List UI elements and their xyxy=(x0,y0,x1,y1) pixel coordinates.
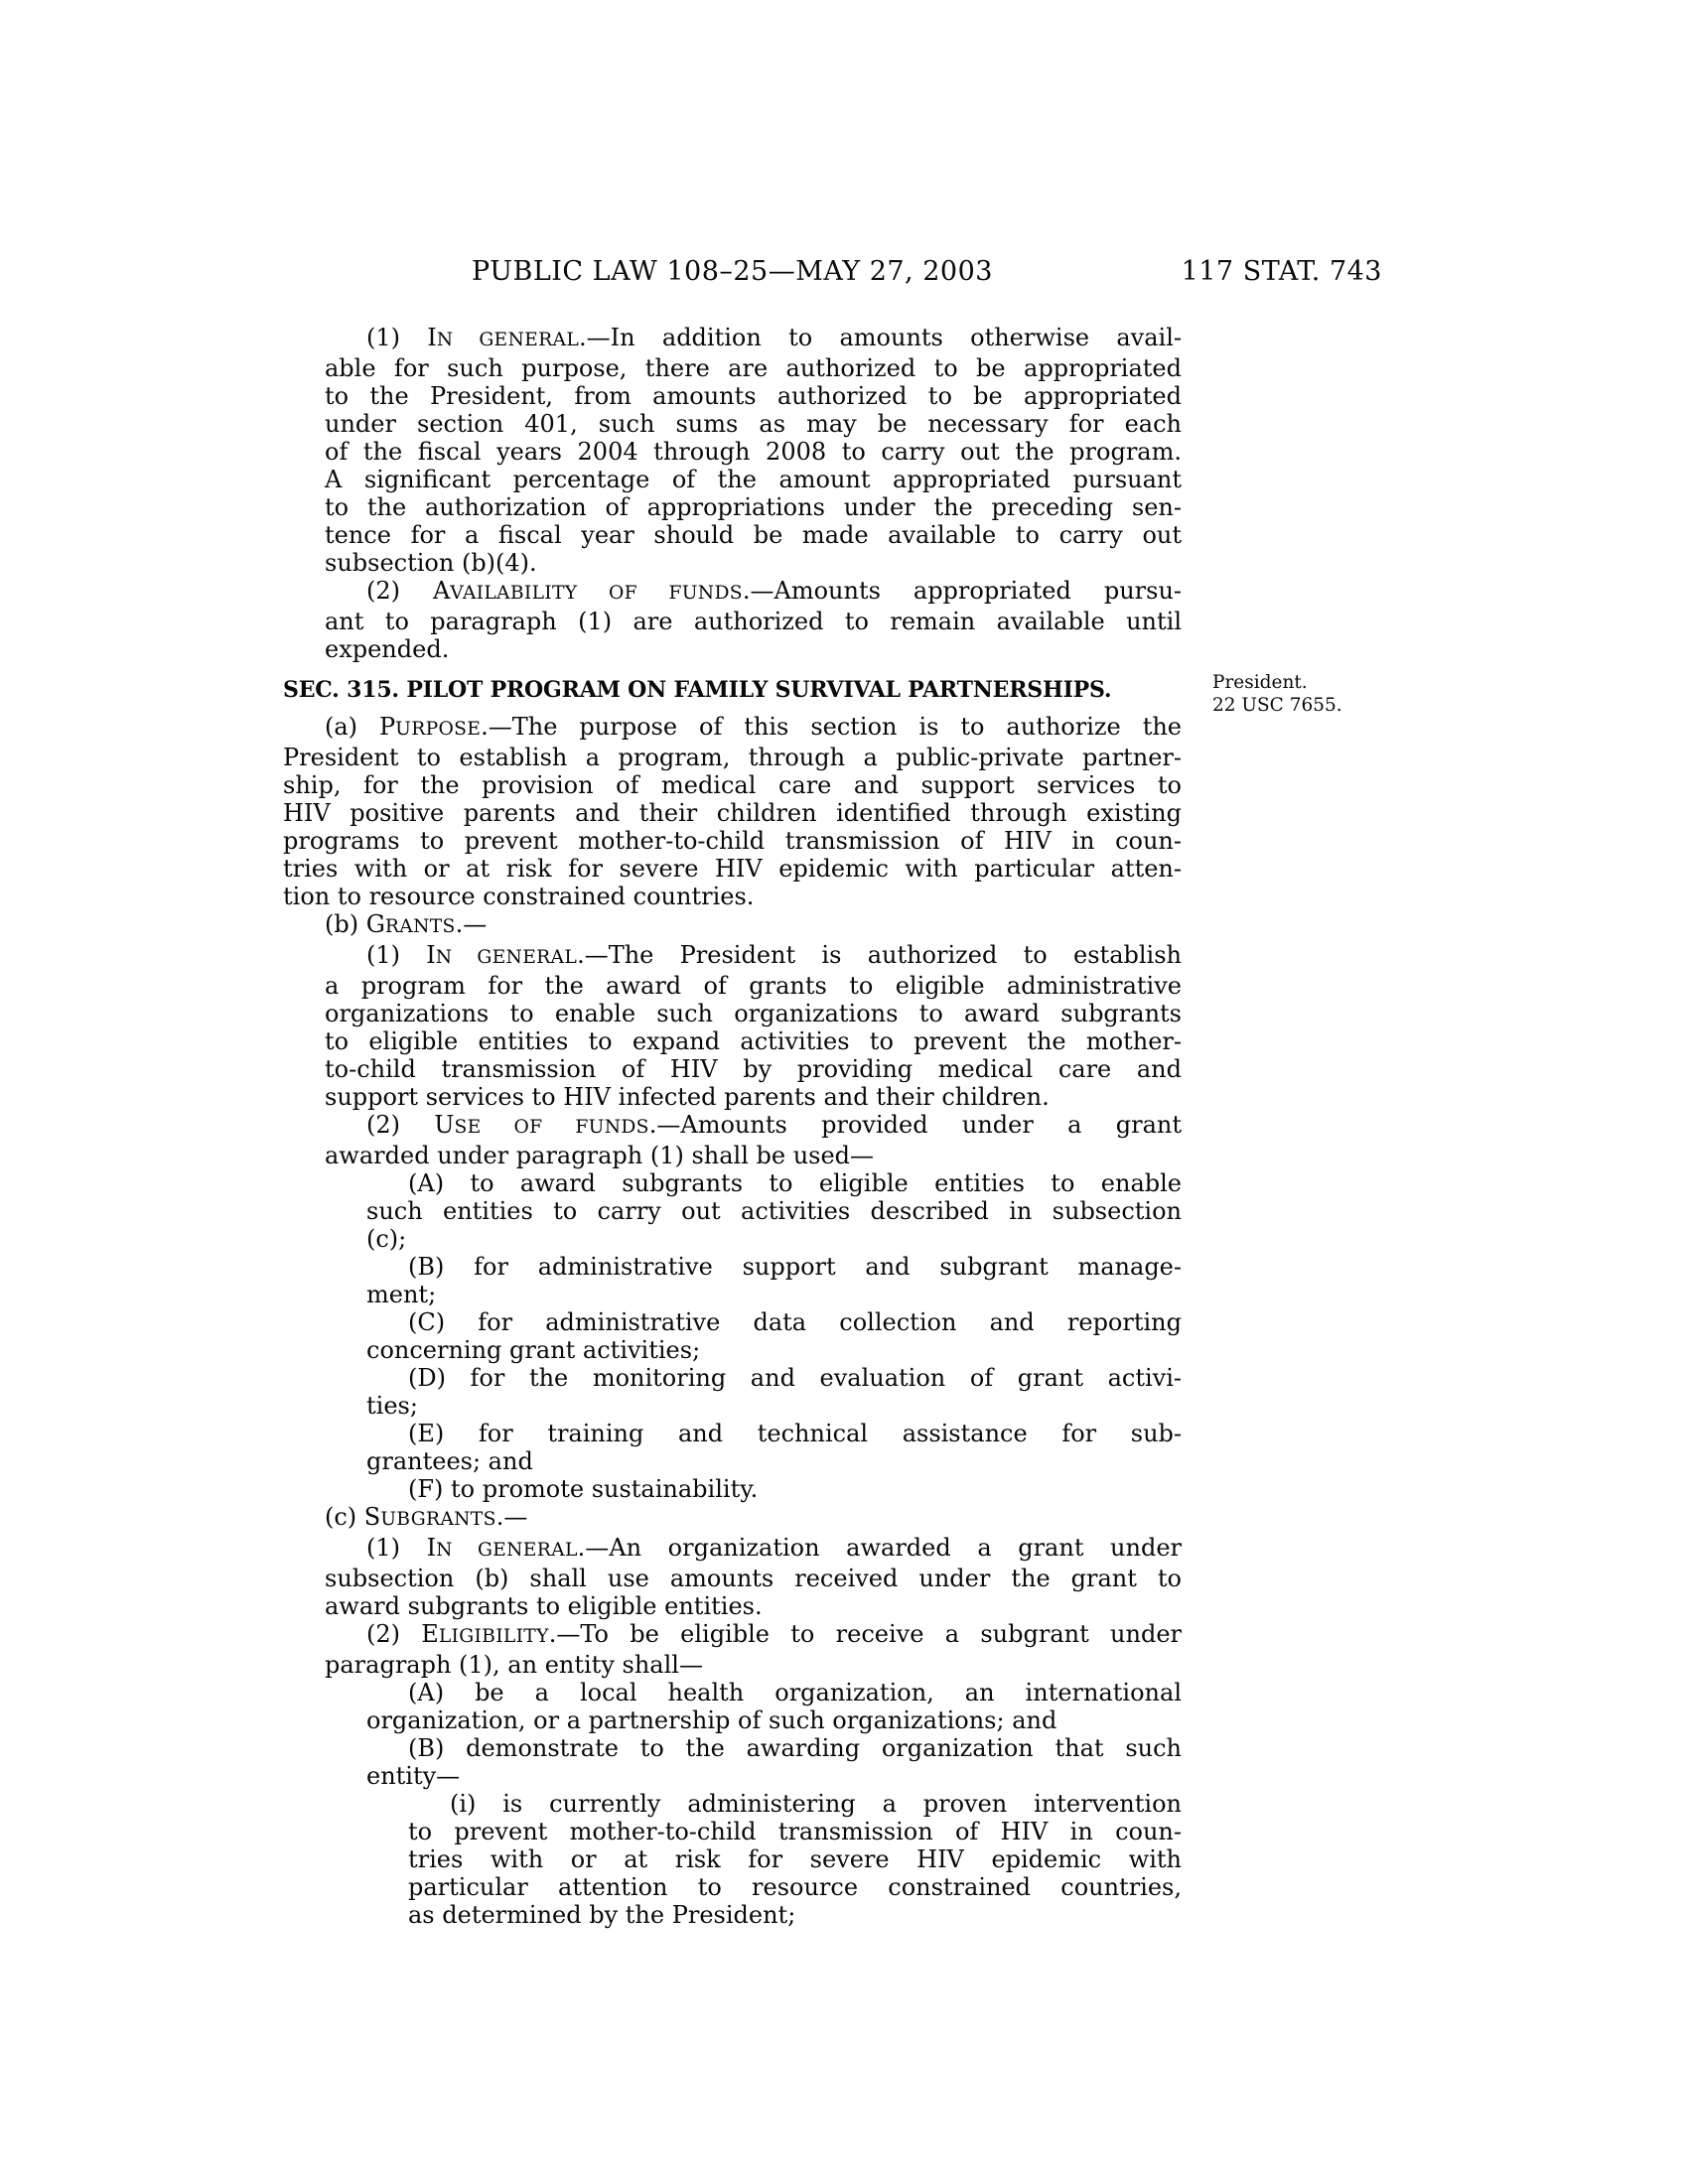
text-line: to the authorization of appropriations u… xyxy=(325,493,1182,521)
text-line: (A) to award subgrants to eligible entit… xyxy=(366,1169,1182,1197)
text-line: organizations to enable such organizatio… xyxy=(325,1000,1182,1027)
statute-paragraph: (1) IN GENERAL.—In addition to amounts o… xyxy=(325,324,1182,577)
statute-paragraph: (D) for the monitoring and evaluation of… xyxy=(366,1364,1182,1420)
text-line: to-child transmission of HIV by providin… xyxy=(325,1055,1182,1083)
text-line: entity— xyxy=(366,1762,1182,1790)
text-line: (a) PURPOSE.—The purpose of this section… xyxy=(283,713,1182,744)
text-line: programs to prevent mother-to-child tran… xyxy=(283,827,1182,855)
statute-paragraph: (2) USE OF FUNDS.—Amounts provided under… xyxy=(325,1111,1182,1169)
statute-paragraph: (2) ELIGIBILITY.—To be eligible to recei… xyxy=(325,1620,1182,1679)
text-line: of the fiscal years 2004 through 2008 to… xyxy=(325,438,1182,466)
text-line: to eligible entities to expand activitie… xyxy=(325,1027,1182,1055)
statute-paragraph: (A) be a local health organization, an i… xyxy=(366,1679,1182,1734)
text-line: President to establish a program, throug… xyxy=(283,744,1182,771)
text-line: A significant percentage of the amount a… xyxy=(325,466,1182,493)
text-line: ship, for the provision of medical care … xyxy=(283,771,1182,799)
text-line: organization, or a partnership of such o… xyxy=(366,1706,1182,1734)
text-line: awarded under paragraph (1) shall be use… xyxy=(325,1142,1182,1169)
statute-paragraph: (1) IN GENERAL.—The President is authori… xyxy=(325,941,1182,1111)
text-line: as determined by the President; xyxy=(408,1901,1182,1929)
text-line: concerning grant activities; xyxy=(366,1336,1182,1364)
text-line: ties; xyxy=(366,1392,1182,1420)
running-head-law-title: PUBLIC LAW 108–25—MAY 27, 2003 xyxy=(283,256,1182,288)
statute-paragraph: (C) for administrative data collection a… xyxy=(366,1308,1182,1364)
text-line: expended. xyxy=(325,635,1182,663)
statute-body: (1) IN GENERAL.—In addition to amounts o… xyxy=(283,324,1182,1929)
text-line: (B) for administrative support and subgr… xyxy=(366,1253,1182,1281)
text-line: (b) GRANTS.— xyxy=(283,910,1182,941)
text-line: tence for a fiscal year should be made a… xyxy=(325,521,1182,549)
margin-note-line: 22 USC 7655. xyxy=(1212,695,1401,718)
text-line: subsection (b) shall use amounts receive… xyxy=(325,1565,1182,1592)
text-line: a program for the award of grants to eli… xyxy=(325,972,1182,1000)
statute-paragraph: (B) demonstrate to the awarding organiza… xyxy=(366,1734,1182,1790)
text-line: grantees; and xyxy=(366,1447,1182,1475)
text-line: such entities to carry out activities de… xyxy=(366,1197,1182,1225)
statute-paragraph: (E) for training and technical assistanc… xyxy=(366,1420,1182,1475)
text-line: (i) is currently administering a proven … xyxy=(408,1790,1182,1818)
text-line: subsection (b)(4). xyxy=(325,549,1182,577)
text-line: to the President, from amounts authorize… xyxy=(325,382,1182,410)
text-line: (2) ELIGIBILITY.—To be eligible to recei… xyxy=(325,1620,1182,1651)
running-head-stat-page-number: 117 STAT. 743 xyxy=(1182,256,1382,288)
text-line: SEC. 315. PILOT PROGRAM ON FAMILY SURVIV… xyxy=(283,676,1182,704)
text-line: (1) IN GENERAL.—The President is authori… xyxy=(325,941,1182,972)
statute-paragraph: (c) SUBGRANTS.— xyxy=(283,1503,1182,1534)
text-line: (c); xyxy=(366,1225,1182,1253)
statute-page: PUBLIC LAW 108–25—MAY 27, 2003 117 STAT.… xyxy=(0,0,1688,2184)
text-line: tries with or at risk for severe HIV epi… xyxy=(408,1845,1182,1873)
text-line: paragraph (1), an entity shall— xyxy=(325,1651,1182,1679)
text-line: ant to paragraph (1) are authorized to r… xyxy=(325,608,1182,635)
text-line: under section 401, such sums as may be n… xyxy=(325,410,1182,438)
margin-note: President. 22 USC 7655. xyxy=(1212,672,1401,717)
text-line: (A) be a local health organization, an i… xyxy=(366,1679,1182,1706)
text-line: ment; xyxy=(366,1281,1182,1308)
text-line: to prevent mother-to-child transmission … xyxy=(408,1818,1182,1845)
statute-paragraph: (F) to promote sustainability. xyxy=(366,1475,1182,1503)
text-line: HIV positive parents and their children … xyxy=(283,799,1182,827)
statute-paragraph: (a) PURPOSE.—The purpose of this section… xyxy=(283,713,1182,910)
statute-paragraph: (B) for administrative support and subgr… xyxy=(366,1253,1182,1308)
text-line: (C) for administrative data collection a… xyxy=(366,1308,1182,1336)
section-heading: SEC. 315. PILOT PROGRAM ON FAMILY SURVIV… xyxy=(283,676,1182,704)
margin-note-line: President. xyxy=(1212,672,1401,695)
text-line: able for such purpose, there are authori… xyxy=(325,354,1182,382)
statute-paragraph: (i) is currently administering a proven … xyxy=(408,1790,1182,1929)
text-line: (c) SUBGRANTS.— xyxy=(283,1503,1182,1534)
text-line: (2) AVAILABILITY OF FUNDS.—Amounts appro… xyxy=(325,577,1182,608)
statute-paragraph: (1) IN GENERAL.—An organization awarded … xyxy=(325,1534,1182,1620)
text-line: particular attention to resource constra… xyxy=(408,1873,1182,1901)
text-line: (E) for training and technical assistanc… xyxy=(366,1420,1182,1447)
text-line: tion to resource constrained countries. xyxy=(283,883,1182,910)
text-line: (1) IN GENERAL.—An organization awarded … xyxy=(325,1534,1182,1565)
text-line: award subgrants to eligible entities. xyxy=(325,1592,1182,1620)
text-line: (D) for the monitoring and evaluation of… xyxy=(366,1364,1182,1392)
statute-paragraph: (b) GRANTS.— xyxy=(283,910,1182,941)
text-line: (1) IN GENERAL.—In addition to amounts o… xyxy=(325,324,1182,354)
text-line: (2) USE OF FUNDS.—Amounts provided under… xyxy=(325,1111,1182,1142)
text-line: (F) to promote sustainability. xyxy=(366,1475,1182,1503)
statute-paragraph: (2) AVAILABILITY OF FUNDS.—Amounts appro… xyxy=(325,577,1182,663)
statute-paragraph: (A) to award subgrants to eligible entit… xyxy=(366,1169,1182,1253)
text-line: support services to HIV infected parents… xyxy=(325,1083,1182,1111)
text-line: tries with or at risk for severe HIV epi… xyxy=(283,855,1182,883)
text-line: (B) demonstrate to the awarding organiza… xyxy=(366,1734,1182,1762)
